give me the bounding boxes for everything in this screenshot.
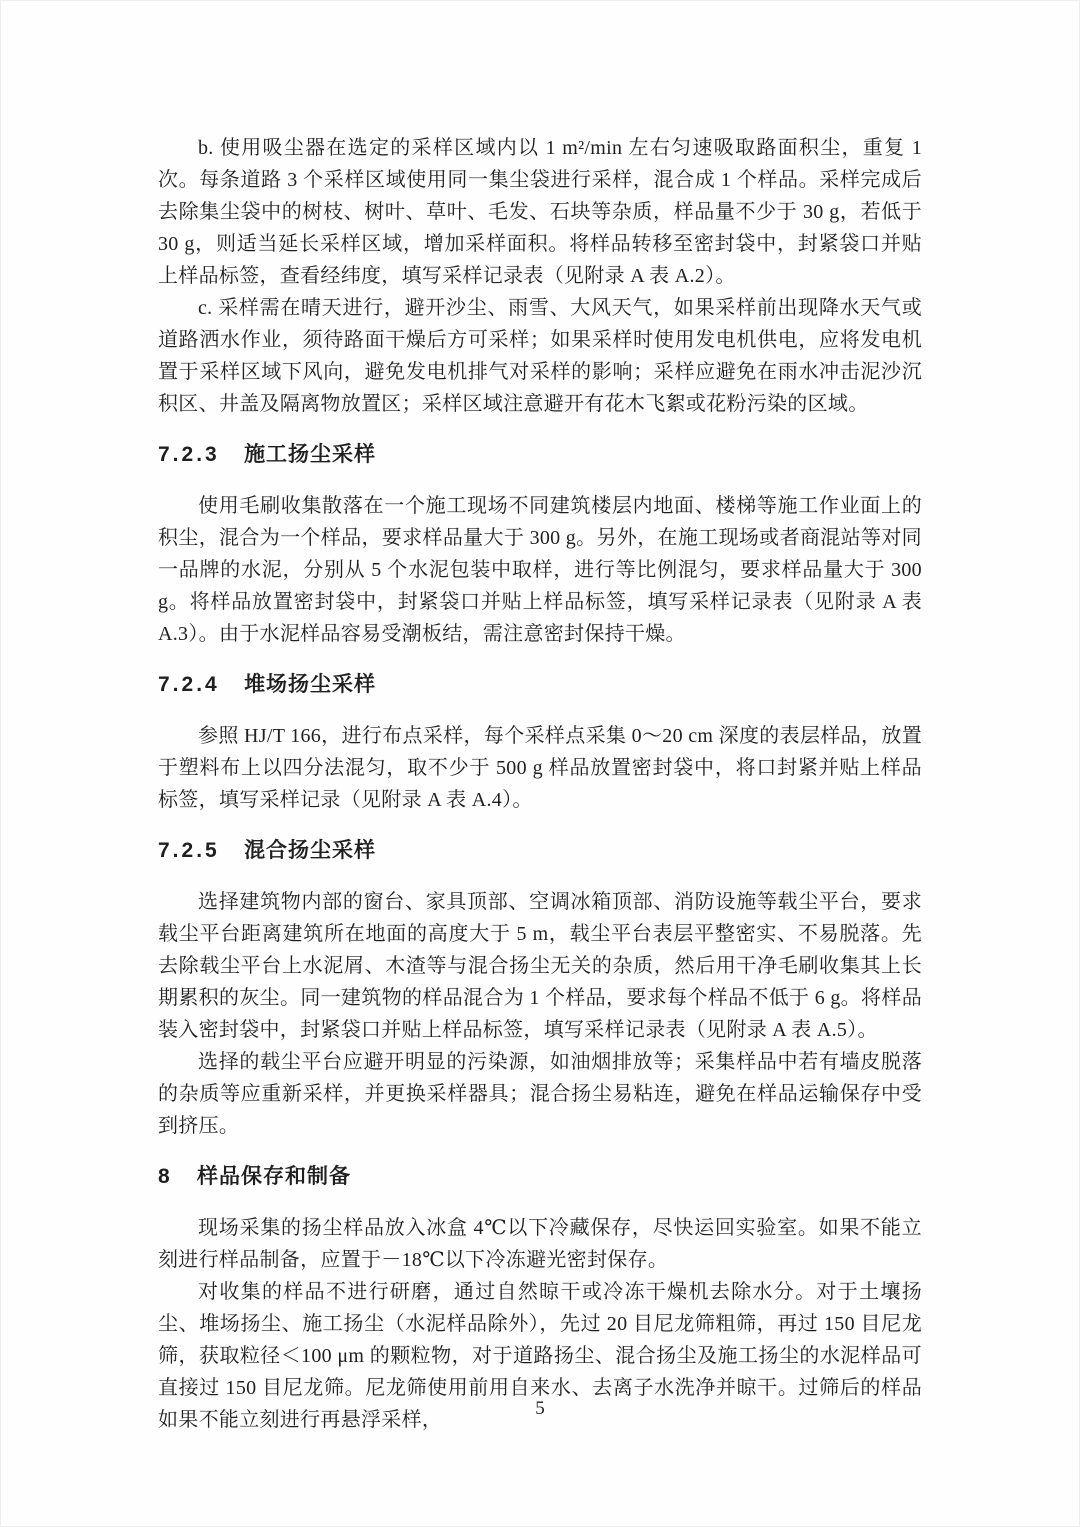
section-heading-7-2-3: 7.2.3 施工扬尘采样 [158,442,922,468]
section-number-7-2-5: 7.2.5 [158,838,220,864]
paragraph-item-b: b. 使用吸尘器在选定的采样区域内以 1 m²/min 左右匀速吸取路面积尘，重… [158,132,922,292]
section-title-7-2-5: 混合扬尘采样 [244,838,376,864]
document-page: b. 使用吸尘器在选定的采样区域内以 1 m²/min 左右匀速吸取路面积尘，重… [0,0,1080,1527]
section-heading-8: 8 样品保存和制备 [158,1164,922,1190]
paragraph-mixed-dust-sampling-1: 选择建筑物内部的窗台、家具顶部、空调冰箱顶部、消防设施等载尘平台，要求载尘平台距… [158,886,922,1046]
section-heading-7-2-4: 7.2.4 堆场扬尘采样 [158,672,922,698]
paragraph-mixed-dust-sampling-2: 选择的载尘平台应避开明显的污染源，如油烟排放等；采集样品中若有墙皮脱落的杂质等应… [158,1046,922,1142]
section-heading-7-2-5: 7.2.5 混合扬尘采样 [158,838,922,864]
section-title-7-2-3: 施工扬尘采样 [244,442,376,468]
section-number-7-2-3: 7.2.3 [158,442,220,468]
page-content: b. 使用吸尘器在选定的采样区域内以 1 m²/min 左右匀速吸取路面积尘，重… [158,132,922,1436]
section-title-7-2-4: 堆场扬尘采样 [244,672,376,698]
paragraph-item-c: c. 采样需在晴天进行，避开沙尘、雨雪、大风天气，如果采样前出现降水天气或道路洒… [158,292,922,420]
paragraph-sample-preservation-1: 现场采集的扬尘样品放入冰盒 4℃以下冷藏保存，尽快运回实验室。如果不能立刻进行样… [158,1212,922,1276]
section-title-8: 样品保存和制备 [197,1164,351,1190]
page-number: 5 [0,1396,1080,1422]
section-number-8: 8 [158,1164,173,1190]
section-number-7-2-4: 7.2.4 [158,672,220,698]
paragraph-storage-yard-dust-sampling: 参照 HJ/T 166，进行布点采样，每个采样点采集 0～20 cm 深度的表层… [158,720,922,816]
paragraph-construction-dust-sampling: 使用毛刷收集散落在一个施工现场不同建筑楼层内地面、楼梯等施工作业面上的积尘，混合… [158,490,922,650]
